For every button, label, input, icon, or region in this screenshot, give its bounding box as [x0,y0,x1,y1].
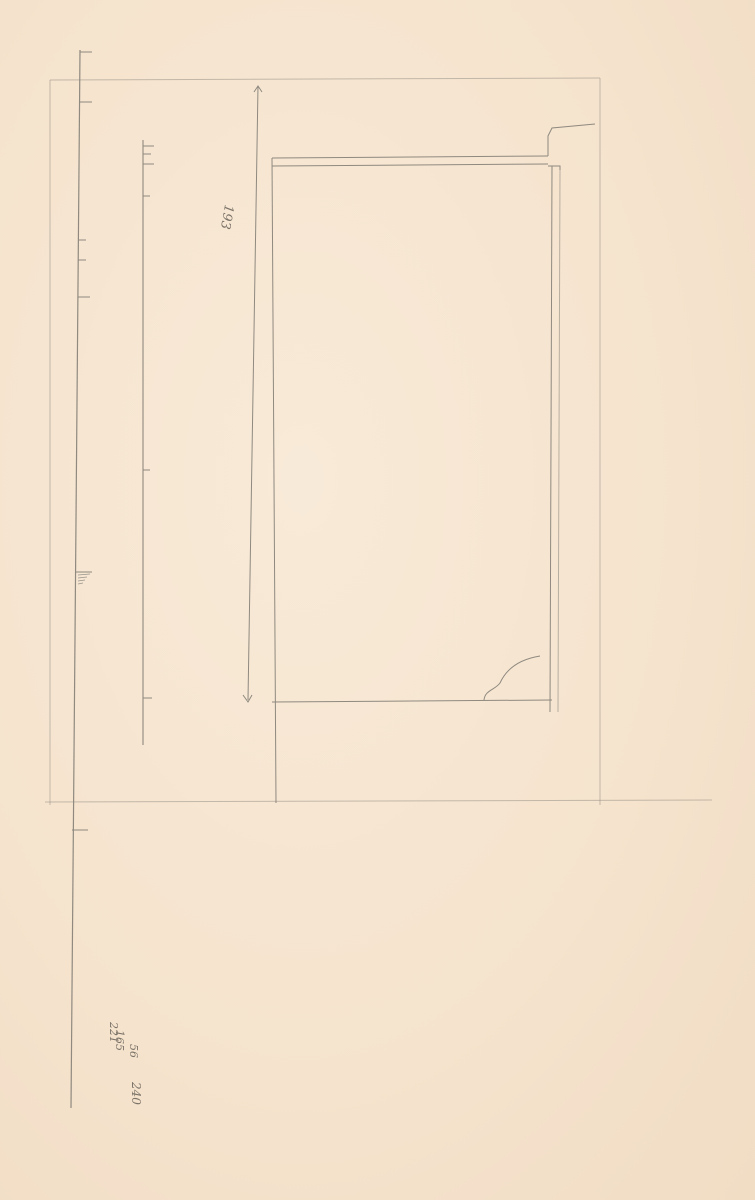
opening-left-jamb [272,158,276,803]
frame-top-line [50,78,600,80]
margin-note-fraction-bottom: 221 [107,1022,120,1043]
hatch-mark [78,574,90,584]
opening-right-jamb [550,166,552,712]
lintel-top [272,156,548,158]
frame-bottom-line [45,800,712,802]
scale-left [71,50,80,1108]
lintel-bottom [272,164,548,166]
margin-note-total: 240 [129,1082,143,1105]
drawing-canvas [0,0,755,1200]
cornice-profile [548,124,595,156]
ornament-curve [484,656,540,700]
dimension-line [248,86,258,700]
sill-line [272,700,552,702]
margin-note-fraction-mid: 56 [127,1044,140,1058]
